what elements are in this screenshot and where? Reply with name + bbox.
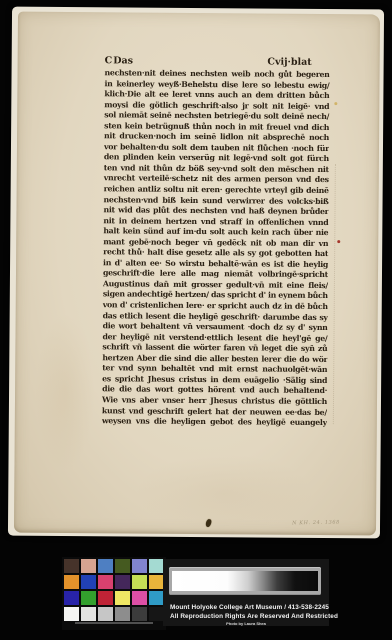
color-patch [81, 607, 96, 621]
accession-inscription: N KH. 24. 1368 [292, 520, 340, 527]
color-patch [64, 575, 79, 589]
color-patch [64, 591, 79, 605]
capitulum-mark: C [105, 55, 113, 66]
color-patch [132, 559, 147, 573]
color-patch [98, 607, 113, 621]
color-patch [149, 559, 164, 573]
color-patch [64, 559, 79, 573]
color-patch [149, 607, 164, 621]
color-patch [115, 591, 130, 605]
photo-stage: CDas Cvij·blat nechsten·nit deines nechs… [0, 0, 392, 640]
color-patch [81, 575, 96, 589]
grayscale-panel: Mount Holyoke College Art Museum / 413-5… [163, 559, 329, 626]
page-header: CDas Cvij·blat [105, 55, 330, 69]
color-patch [98, 575, 113, 589]
text-lines: nechsten·nit deines nechsten weib noch g… [102, 68, 330, 428]
paper-stain [134, 453, 315, 534]
color-checker-card [62, 557, 166, 630]
photo-credit: Photo by Laura Shea [163, 621, 329, 626]
manuscript-page: CDas Cvij·blat nechsten·nit deines nechs… [14, 12, 380, 536]
paper-fleck [334, 102, 337, 105]
header-title: Das [113, 55, 133, 66]
color-patch [132, 591, 147, 605]
header-title-group: CDas [105, 55, 133, 67]
color-patch [115, 607, 130, 621]
museum-credit-line: Mount Holyoke College Art Museum / 413-5… [170, 604, 329, 611]
color-patch [149, 591, 164, 605]
color-patch [132, 607, 147, 621]
color-checker-patches [64, 559, 164, 621]
text-block: CDas Cvij·blat nechsten·nit deines nechs… [102, 55, 330, 428]
red-mark [337, 240, 340, 243]
color-patch [115, 559, 130, 573]
color-patch [81, 559, 96, 573]
color-patch [64, 607, 79, 621]
color-patch [132, 575, 147, 589]
color-checker-caption [75, 622, 153, 624]
color-patch [115, 575, 130, 589]
color-patch [149, 575, 164, 589]
grayscale-bar-frame [169, 567, 321, 595]
color-patch [81, 591, 96, 605]
rights-line: All Reproduction Rights Are Reserved And… [170, 613, 338, 620]
color-patch [98, 559, 113, 573]
color-patch [98, 591, 113, 605]
paper-stain [34, 312, 95, 472]
text-line: weysen vns die heyligen gebot des heylig… [102, 416, 327, 428]
chain-line-marks [333, 164, 336, 424]
grayscale-gradient [172, 571, 318, 591]
folio-number: Cvij·blat [267, 57, 329, 69]
